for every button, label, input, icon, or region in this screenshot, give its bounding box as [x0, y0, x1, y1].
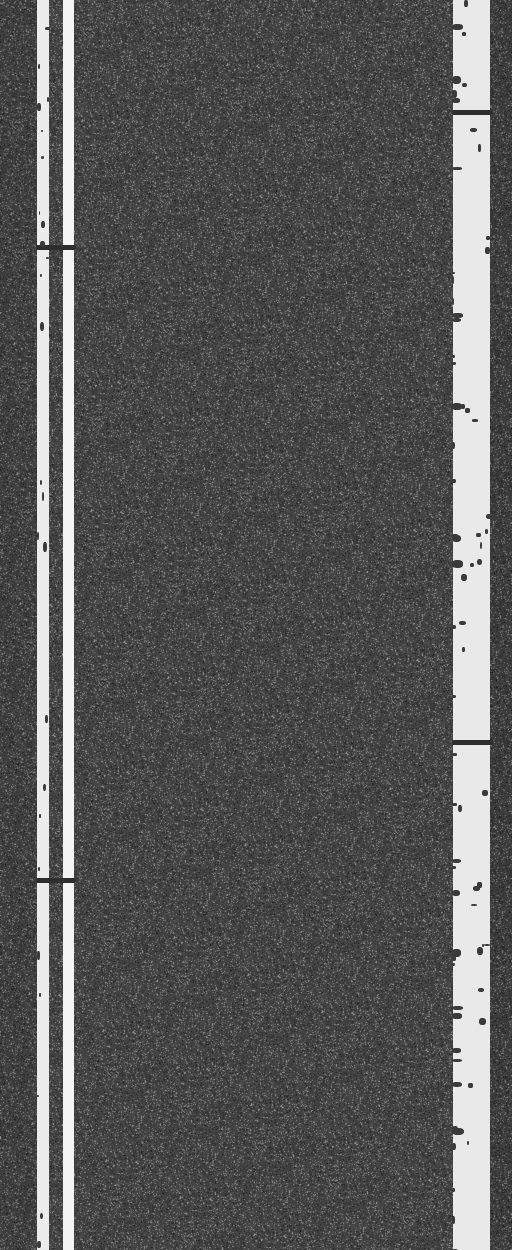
paint-chip: [479, 1018, 486, 1025]
paint-crack: [38, 64, 40, 70]
paint-chip: [452, 803, 457, 806]
paint-crack: [43, 542, 47, 552]
paint-crack: [37, 1241, 41, 1248]
paint-chip: [452, 24, 463, 30]
paint-crack: [37, 1095, 39, 1097]
paint-crack: [41, 156, 44, 159]
paint-crack: [43, 784, 46, 791]
paint-chip: [452, 1126, 458, 1132]
paint-crack: [45, 27, 50, 30]
left-shoulder: [0, 0, 37, 1250]
paint-crack: [46, 257, 49, 259]
paint-chip: [452, 1082, 462, 1087]
right-shoulder: [490, 0, 512, 1250]
left-double-line-inner: [63, 0, 74, 1250]
main-lane: [74, 0, 453, 1250]
paint-chip: [452, 167, 462, 169]
paint-chip: [485, 529, 488, 534]
paint-chip: [462, 32, 466, 35]
paint-chip: [452, 313, 463, 318]
paint-chip: [452, 949, 461, 957]
paint-crack: [39, 814, 41, 818]
paint-chip: [452, 1216, 455, 1224]
paint-chip: [486, 514, 493, 519]
paint-crack: [40, 241, 45, 247]
paint-chip: [452, 90, 457, 98]
paint-chip: [482, 944, 485, 947]
paint-chip: [478, 988, 484, 993]
paint-crack: [40, 322, 44, 331]
paint-chip: [452, 535, 461, 542]
paint-crack: [39, 211, 40, 215]
paint-crack: [37, 103, 41, 111]
paint-chip: [472, 419, 478, 422]
right-edge-line: [453, 0, 490, 1250]
paint-chip: [465, 408, 470, 413]
crack-right-lower: [452, 740, 492, 745]
paint-chip: [452, 560, 463, 567]
paint-crack: [41, 221, 45, 227]
paint-chip: [478, 144, 481, 151]
paint-crack: [37, 951, 39, 960]
paint-chip: [461, 574, 467, 581]
paint-chip: [452, 98, 460, 103]
paint-chip: [458, 805, 462, 812]
left-double-line-outer: [37, 0, 49, 1250]
paint-chip: [486, 236, 490, 240]
crack-left-lower: [36, 878, 76, 883]
paint-chip: [452, 695, 456, 698]
paint-chip: [462, 647, 465, 652]
paint-chip: [464, 0, 468, 7]
paint-chip: [452, 318, 461, 322]
road-texture: [0, 0, 512, 1250]
paint-chip: [452, 1013, 462, 1018]
paint-chip: [452, 753, 457, 755]
paint-crack: [41, 130, 43, 132]
paint-crack: [42, 492, 44, 501]
paint-chip: [468, 1083, 472, 1088]
paint-chip: [452, 1059, 462, 1062]
paint-chip: [482, 790, 488, 795]
paint-chip: [471, 904, 477, 906]
paint-chip: [459, 621, 466, 625]
paint-chip: [452, 1048, 461, 1053]
paint-chip: [452, 866, 456, 869]
paint-chip: [452, 479, 456, 484]
paint-chip: [452, 76, 461, 84]
paint-chip: [485, 247, 490, 254]
crack-right-upper: [452, 110, 492, 115]
paint-chip: [452, 890, 460, 897]
paint-crack: [45, 715, 48, 723]
paint-chip: [452, 403, 462, 410]
